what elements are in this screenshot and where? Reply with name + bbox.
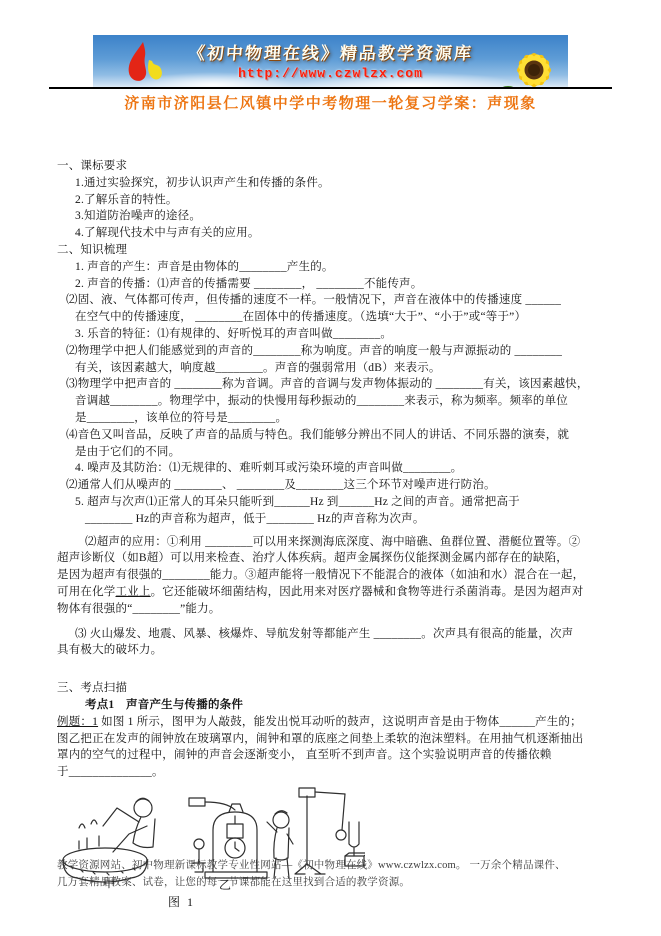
outline-item: 4.了解现代技术中与声有关的应用。: [57, 225, 617, 242]
header-divider: [49, 87, 612, 89]
knowledge-line: 4. 噪声及其防治：⑴无规律的、难听刺耳或污染环境的声音叫做________。: [57, 460, 617, 477]
knowledge-line: 是由于它们的不同。: [57, 444, 617, 461]
knowledge-line: 可用在化学工业上。它还能破坏细菌结构，因此用来对医疗器械和食物等进行杀菌消毒。是…: [57, 584, 617, 601]
knowledge-line: ⑵物理学中把人们能感觉到的声音的________称为响度。声音的响度一般与声源振…: [57, 343, 617, 360]
text-part: 如图 1 所示，图甲为人敲鼓，能发出悦耳动听的鼓声，这说明声音是由于物体____…: [98, 716, 582, 728]
knowledge-line: ⑵通常人们从噪声的 ________、 ________及________这三个…: [57, 477, 617, 494]
section3-heading: 三、考点扫描: [57, 680, 617, 697]
knowledge-line: ⑷音色又叫音品，反映了声音的品质与特色。我们能够分辨出不同人的讲话、不同乐器的演…: [57, 427, 617, 444]
section1-heading: 一、课标要求: [57, 158, 617, 175]
knowledge-line: 有关，该因素越大，响度越________。声音的强弱常用（dB）来表示。: [57, 360, 617, 377]
section2-heading: 二、知识梳理: [57, 242, 617, 259]
example-line: 罩内的空气的过程中，闹钟的声音会逐渐变小， 直至听不到声音。这个实验说明声音的传…: [57, 747, 617, 764]
knowledge-line: 是________，该单位的符号是________。: [57, 410, 617, 427]
site-title: 《初中物理在线》精品教学资源库: [93, 39, 568, 64]
knowledge-line: 2. 声音的传播：⑴声音的传播需要 ________， ________不能传声…: [57, 276, 617, 293]
knowledge-line: 超声诊断仪（如B超）可以用来检查、治疗人体疾病。超声金属探伤仪能探测金属内部存在…: [57, 550, 617, 567]
site-banner: 《初中物理在线》精品教学资源库 http://www.czwlzx.com: [93, 35, 568, 88]
text-part: 可用在化学: [57, 586, 116, 598]
knowledge-line: ⑵固、液、气体都可传声，但传播的速度不一样。一般情况下，声音在液体中的传播速度 …: [57, 292, 617, 309]
figure-caption: 图 1: [168, 893, 195, 910]
knowledge-line: 1. 声音的产生：声音是由物体的________产生的。: [57, 259, 617, 276]
knowledge-line: 物体有很强的“________”能力。: [57, 601, 617, 618]
example-line: 于______________。: [57, 764, 617, 781]
footer-line: 教学资源网站、初中物理新课标教学专业性网站—《初中物理在线》www.czwlzx…: [57, 857, 617, 874]
example-label: 例题：1: [57, 716, 98, 728]
site-url-link[interactable]: http://www.czwlzx.com: [93, 66, 568, 81]
knowledge-line: ________ Hz的声音称为超声，低于________ Hz的声音称为次声。: [57, 511, 617, 528]
sunflower-icon: [502, 38, 566, 88]
knowledge-line: 3. 乐音的特征：⑴有规律的、好听悦耳的声音叫做________。: [57, 326, 617, 343]
footer-line: 几万套精品教案、试卷，让您的每一节课都能在这里找到合适的教学资源。: [57, 874, 617, 891]
page-title: 济南市济阳县仁风镇中学中考物理一轮复习学案：声现象: [0, 92, 661, 113]
document-body: 一、课标要求 1.通过实验探究，初步认识声产生和传播的条件。 2.了解乐音的特性…: [57, 158, 617, 781]
text-part: 。它还能破坏细菌结构，因此用来对医疗器械和食物等进行杀菌消毒。是因为超声对: [151, 586, 584, 598]
example-line: 例题：1 如图 1 所示，图甲为人敲鼓，能发出悦耳动听的鼓声，这说明声音是由于物…: [57, 714, 617, 731]
knowledge-line: 是因为超声有很强的________能力。③超声能将一般情况下不能混合的液体（如油…: [57, 567, 617, 584]
knowledge-line: 音调越________。物理学中，振动的快慢用每秒振动的________来表示，…: [57, 393, 617, 410]
underlined-text: 工业上: [116, 586, 151, 598]
site-footer: 教学资源网站、初中物理新课标教学专业性网站—《初中物理在线》www.czwlzx…: [57, 857, 617, 891]
knowledge-line: ⑵超声的应用：①利用 ________可以用来探测海底深度、海中暗礁、鱼群位置、…: [57, 534, 617, 551]
knowledge-line: ⑶物理学中把声音的 ________称为音调。声音的音调与发声物体振动的 ___…: [57, 376, 617, 393]
outline-item: 3.知道防治噪声的途径。: [57, 208, 617, 225]
knowledge-line: 5. 超声与次声⑴正常人的耳朵只能听到______Hz 到______Hz 之间…: [57, 494, 617, 511]
outline-item: 1.通过实验探究，初步认识声产生和传播的条件。: [57, 175, 617, 192]
knowledge-line: ⑶ 火山爆发、地震、风暴、核爆炸、导航发射等都能产生 ________。次声具有…: [57, 626, 617, 643]
outline-item: 2.了解乐音的特性。: [57, 192, 617, 209]
topic-heading: 考点1 声音产生与传播的条件: [57, 697, 617, 714]
knowledge-line: 具有极大的破坏力。: [57, 642, 617, 659]
knowledge-line: 在空气中的传播速度， ________在固体中的传播速度。（选填“大于”、“小于…: [57, 309, 617, 326]
banner-text-block: 《初中物理在线》精品教学资源库 http://www.czwlzx.com: [93, 39, 568, 81]
document-page: 《初中物理在线》精品教学资源库 http://www.czwlzx.com: [0, 0, 661, 936]
example-line: 图乙把正在发声的闹钟放在玻璃罩内，闹钟和罩的底座之间垫上柔软的泡沫塑料。在用抽气…: [57, 731, 617, 748]
